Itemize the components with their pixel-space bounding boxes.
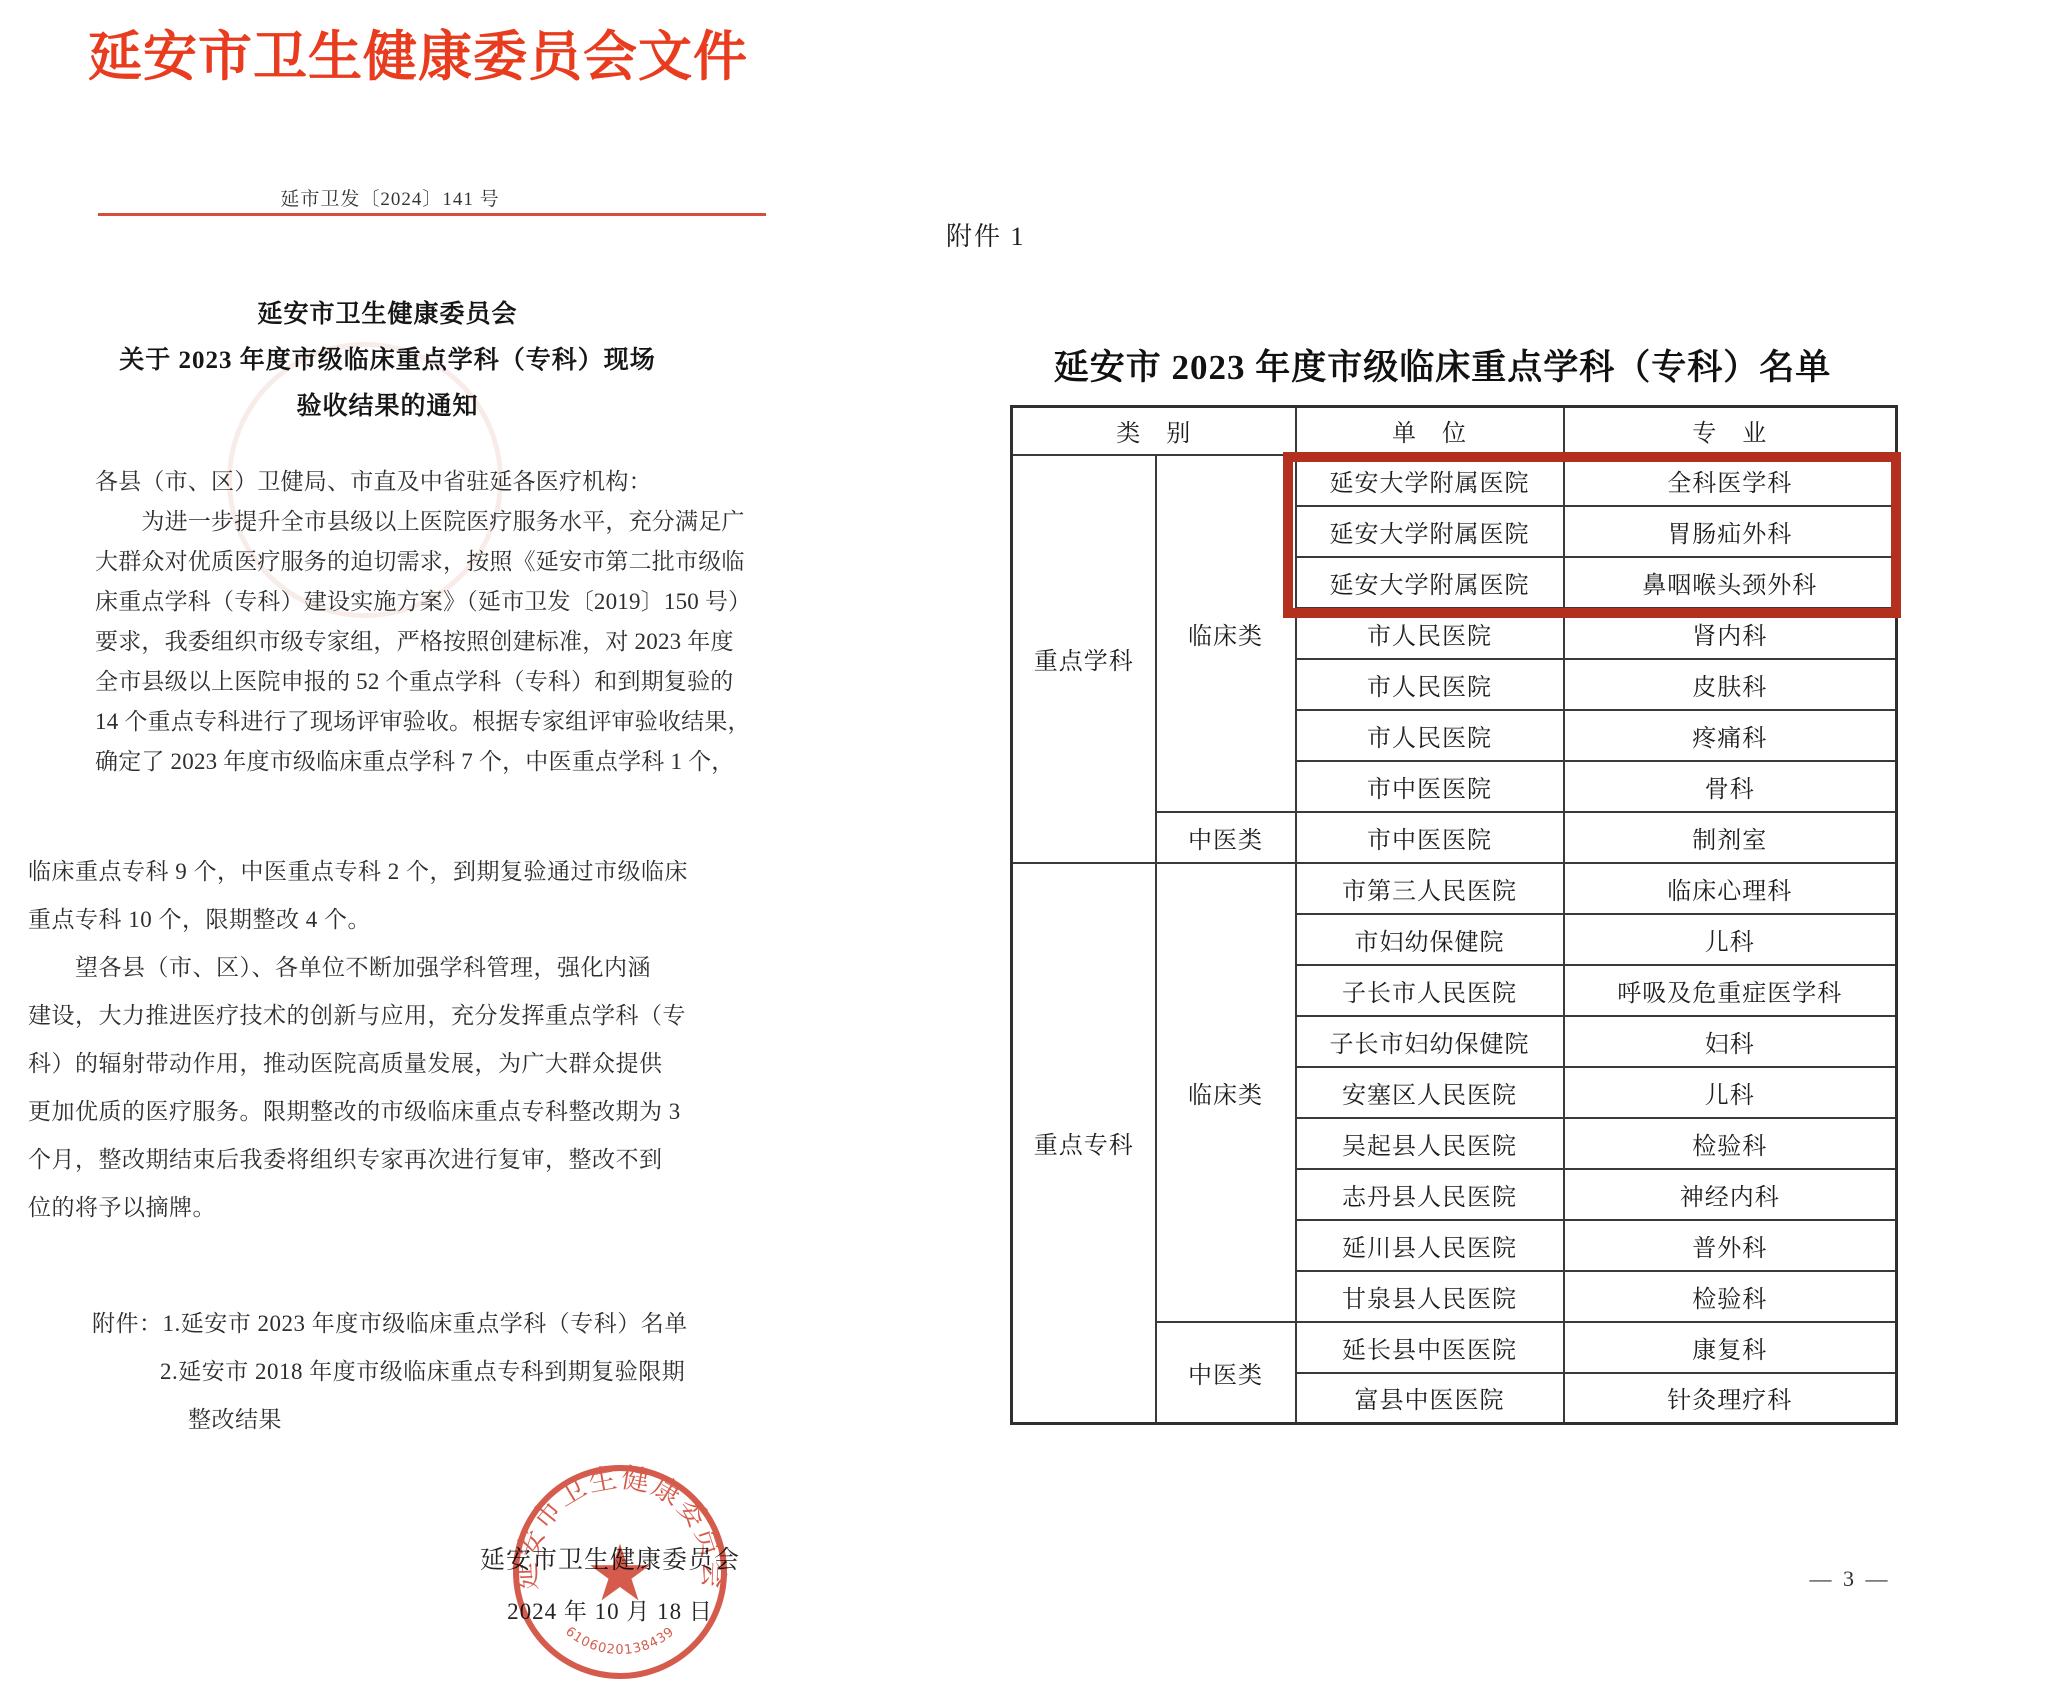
specialty-cell: 制剂室 (1564, 812, 1897, 863)
specialty-cell: 骨科 (1564, 761, 1897, 812)
notice-body-part2-line-1: 临床重点专科 9 个，中医重点专科 2 个，到期复验通过市级临床 (28, 848, 678, 896)
table-row: 重点专科临床类市第三人民医院临床心理科 (1012, 863, 1897, 914)
unit-cell: 志丹县人民医院 (1296, 1169, 1564, 1220)
unit-cell: 富县中医医院 (1296, 1373, 1564, 1424)
notice-title-line-2: 关于 2023 年度市级临床重点学科（专科）现场 (95, 338, 680, 384)
salutation: 各县（市、区）卫健局、市直及中省驻延各医疗机构： (95, 462, 720, 502)
body1-lines-line-5: 全市县级以上医院申报的 52 个重点学科（专科）和到期复验的 (95, 662, 720, 702)
unit-cell: 市中医医院 (1296, 761, 1564, 812)
specialty-cell: 儿科 (1564, 914, 1897, 965)
unit-cell: 市人民医院 (1296, 608, 1564, 659)
specialty-table: 类 别 单 位 专 业 重点学科临床类延安大学附属医院全科医学科延安大学附属医院… (1010, 405, 1898, 1425)
subcategory-cell: 临床类 (1156, 455, 1296, 812)
unit-cell: 延川县人民医院 (1296, 1220, 1564, 1271)
header-unit: 单 位 (1296, 407, 1564, 455)
attachment-list-line-3: 整改结果 (188, 1396, 732, 1444)
roster-table-title: 延安市 2023 年度市级临床重点学科（专科）名单 (985, 340, 1900, 390)
body1-lines-line-3: 床重点学科（专科）建设实施方案》（延市卫发〔2019〕150 号） (95, 582, 720, 622)
unit-cell: 市中医医院 (1296, 812, 1564, 863)
notice-title-line-3: 验收结果的通知 (95, 384, 680, 430)
specialty-cell: 检验科 (1564, 1118, 1897, 1169)
seal-star-icon: ★ (585, 1530, 655, 1617)
unit-cell: 甘泉县人民医院 (1296, 1271, 1564, 1322)
category-group-cell: 重点学科 (1012, 455, 1156, 863)
header-specialty: 专 业 (1564, 407, 1897, 455)
specialty-cell: 肾内科 (1564, 608, 1897, 659)
unit-cell: 子长市妇幼保健院 (1296, 1016, 1564, 1067)
notice-body-part2-line-5: 科）的辐射带动作用，推动医院高质量发展，为广大群众提供 (28, 1040, 678, 1088)
unit-cell: 延安大学附属医院 (1296, 557, 1564, 608)
seal-code-text: 6106020138439 (562, 1624, 677, 1658)
specialty-cell: 鼻咽喉头颈外科 (1564, 557, 1897, 608)
unit-cell: 吴起县人民医院 (1296, 1118, 1564, 1169)
notice-body-part2-line-6: 更加优质的医疗服务。限期整改的市级临床重点专科整改期为 3 (28, 1088, 678, 1136)
masthead-title: 延安市卫生健康委员会文件 (88, 14, 708, 78)
specialty-cell: 呼吸及危重症医学科 (1564, 965, 1897, 1016)
specialty-cell: 皮肤科 (1564, 659, 1897, 710)
notice-body-part2: 临床重点专科 9 个，中医重点专科 2 个，到期复验通过市级临床重点专科 10 … (28, 848, 678, 1232)
notice-body-part1: 各县（市、区）卫健局、市直及中省驻延各医疗机构： 为进一步提升全市县级以上医院医… (95, 462, 720, 782)
body1-lines: 为进一步提升全市县级以上医院医疗服务水平，充分满足广大群众对优质医疗服务的迫切需… (95, 502, 720, 782)
red-rule-divider (98, 213, 766, 216)
subcategory-cell: 临床类 (1156, 863, 1296, 1322)
notice-body-part2-line-8: 位的将予以摘牌。 (28, 1184, 678, 1232)
category-group-cell: 重点专科 (1012, 863, 1156, 1424)
specialty-cell: 神经内科 (1564, 1169, 1897, 1220)
attachment-list-line-2: 2.延安市 2018 年度市级临床重点专科到期复验限期 (160, 1348, 732, 1396)
body1-lines-line-6: 14 个重点专科进行了现场评审验收。根据专家组评审验收结果， (95, 702, 720, 742)
header-category: 类 别 (1012, 407, 1296, 455)
table-row: 重点学科临床类延安大学附属医院全科医学科 (1012, 455, 1897, 506)
specialty-cell: 疼痛科 (1564, 710, 1897, 761)
specialty-cell: 临床心理科 (1564, 863, 1897, 914)
specialty-cell: 儿科 (1564, 1067, 1897, 1118)
specialty-cell: 针灸理疗科 (1564, 1373, 1897, 1424)
notice-body-part2-line-3: 望各县（市、区）、各单位不断加强学科管理，强化内涵 (28, 944, 678, 992)
unit-cell: 市人民医院 (1296, 710, 1564, 761)
subcategory-cell: 中医类 (1156, 812, 1296, 863)
document-number: 延市卫发〔2024〕141 号 (80, 184, 700, 211)
notice-body-part2-line-4: 建设，大力推进医疗技术的创新与应用，充分发挥重点学科（专 (28, 992, 678, 1040)
specialty-cell: 全科医学科 (1564, 455, 1897, 506)
unit-cell: 延长县中医医院 (1296, 1322, 1564, 1373)
page-number: — 3 — (1780, 1566, 1920, 1592)
specialty-cell: 检验科 (1564, 1271, 1897, 1322)
attachment-number-label: 附件 1 (946, 216, 1026, 253)
specialty-cell: 普外科 (1564, 1220, 1897, 1271)
unit-cell: 市人民医院 (1296, 659, 1564, 710)
attachment-list: 附件：1.延安市 2023 年度市级临床重点学科（专科）名单2.延安市 2018… (92, 1300, 732, 1444)
unit-cell: 延安大学附属医院 (1296, 506, 1564, 557)
specialty-cell: 胃肠疝外科 (1564, 506, 1897, 557)
table-header-row: 类 别 单 位 专 业 (1012, 407, 1897, 455)
unit-cell: 延安大学附属医院 (1296, 455, 1564, 506)
attachment-list-line-1: 附件：1.延安市 2023 年度市级临床重点学科（专科）名单 (92, 1300, 732, 1348)
body1-lines-line-2: 大群众对优质医疗服务的迫切需求，按照《延安市第二批市级临 (95, 542, 720, 582)
scanned-document: 延安市卫生健康委员会文件 延市卫发〔2024〕141 号 延安市卫生健康委员会关… (0, 0, 2048, 1684)
body1-lines-line-1: 为进一步提升全市县级以上医院医疗服务水平，充分满足广 (95, 502, 720, 542)
body1-lines-line-4: 要求，我委组织市级专家组，严格按照创建标准，对 2023 年度 (95, 622, 720, 662)
specialty-cell: 妇科 (1564, 1016, 1897, 1067)
table-body: 重点学科临床类延安大学附属医院全科医学科延安大学附属医院胃肠疝外科延安大学附属医… (1012, 455, 1897, 1424)
unit-cell: 子长市人民医院 (1296, 965, 1564, 1016)
unit-cell: 安塞区人民医院 (1296, 1067, 1564, 1118)
subcategory-cell: 中医类 (1156, 1322, 1296, 1424)
notice-body-part2-line-7: 个月，整改期结束后我委将组织专家再次进行复审，整改不到 (28, 1136, 678, 1184)
specialty-cell: 康复科 (1564, 1322, 1897, 1373)
body1-lines-line-7: 确定了 2023 年度市级临床重点学科 7 个，中医重点学科 1 个， (95, 742, 720, 782)
notice-title: 延安市卫生健康委员会关于 2023 年度市级临床重点学科（专科）现场验收结果的通… (95, 292, 680, 430)
unit-cell: 市第三人民医院 (1296, 863, 1564, 914)
official-seal: ★ 延安市卫生健康委员会 6106020138439 (500, 1452, 740, 1684)
notice-title-line-1: 延安市卫生健康委员会 (95, 292, 680, 338)
unit-cell: 市妇幼保健院 (1296, 914, 1564, 965)
notice-body-part2-line-2: 重点专科 10 个，限期整改 4 个。 (28, 896, 678, 944)
